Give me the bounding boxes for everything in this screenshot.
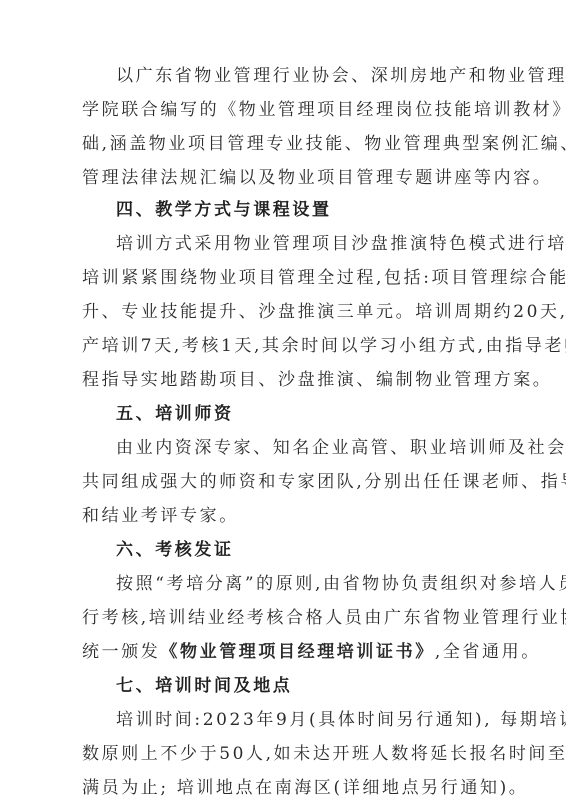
- certificate-name: 《物业管理项目经理培训证书》: [160, 642, 434, 662]
- paragraph-line: 产培训7天,考核1天,其余时间以学习小组方式,由指导老师全: [82, 336, 497, 356]
- paragraph-line: 满员为止; 培训地点在南海区(详细地点另行通知)。: [82, 778, 497, 798]
- paragraph-line: 程指导实地踏勘项目、沙盘推演、编制物业管理方案。: [82, 370, 497, 390]
- section-heading-faculty: 五、培训师资: [116, 404, 531, 424]
- paragraph-line: 础,涵盖物业项目管理专业技能、物业管理典型案例汇编、物业: [82, 134, 497, 154]
- paragraph-line: 培训时间:2023年9月(具体时间另行通知), 每期培训班人: [116, 710, 531, 730]
- paragraph-line: 共同组成强大的师资和专家团队,分别出任任课老师、指导老师: [82, 472, 497, 492]
- paragraph-line: 按照“考培分离”的原则,由省物协负责组织对参培人员进: [116, 574, 531, 594]
- paragraph-line: 以广东省物业管理行业协会、深圳房地产和物业管理进修: [116, 66, 531, 86]
- paragraph-line: 管理法律法规汇编以及物业项目管理专题讲座等内容。: [82, 168, 497, 188]
- paragraph-line: 培训方式采用物业管理项目沙盘推演特色模式进行培训。: [116, 234, 531, 254]
- cert-suffix: ,全省通用。: [435, 642, 541, 662]
- document-page: 以广东省物业管理行业协会、深圳房地产和物业管理进修 学院联合编写的《物业管理项目…: [0, 0, 566, 800]
- paragraph-line: 由业内资深专家、知名企业高管、职业培训师及社会学者: [116, 438, 531, 458]
- paragraph-line: 学院联合编写的《物业管理项目经理岗位技能培训教材》为基: [82, 100, 497, 120]
- paragraph-line: 升、专业技能提升、沙盘推演三单元。培训周期约20天,其中脱: [82, 302, 497, 322]
- section-heading-teaching-method: 四、教学方式与课程设置: [116, 200, 531, 220]
- section-heading-time-location: 七、培训时间及地点: [116, 676, 531, 696]
- certificate-line: 统一颁发《物业管理项目经理培训证书》,全省通用。: [82, 642, 497, 662]
- paragraph-line: 和结业考评专家。: [82, 506, 497, 526]
- cert-prefix: 统一颁发: [82, 642, 160, 662]
- paragraph-line: 培训紧紧围绕物业项目管理全过程,包括:项目管理综合能力提: [82, 268, 497, 288]
- section-heading-certification: 六、考核发证: [116, 540, 531, 560]
- paragraph-line: 行考核,培训结业经考核合格人员由广东省物业管理行业协会: [82, 608, 497, 628]
- paragraph-line: 数原则上不少于50人,如未达开班人数将延长报名时间至报名: [82, 744, 497, 764]
